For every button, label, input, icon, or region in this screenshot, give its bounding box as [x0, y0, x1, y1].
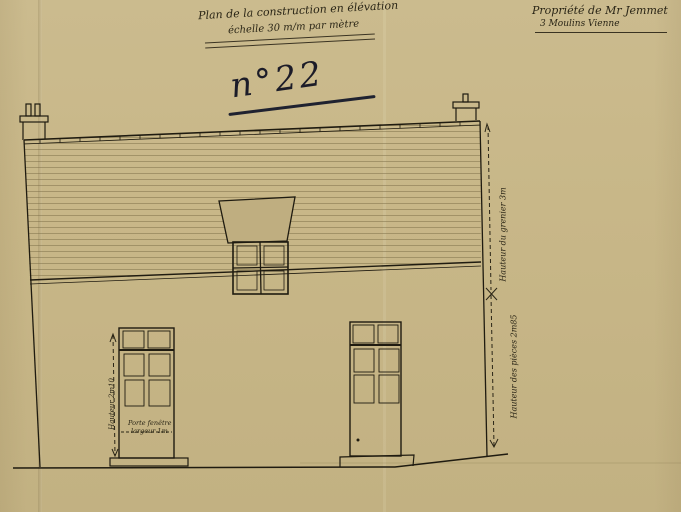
door-height-label: Hauteur 2m10 — [108, 378, 116, 430]
owner-name: Propriété de Mr Jemmet — [532, 4, 668, 17]
ground-line — [13, 454, 508, 468]
owner-address: 3 Moulins Vienne — [540, 19, 620, 29]
door-left — [110, 328, 188, 466]
house-elevation-drawing — [0, 0, 681, 512]
storey-height-label: Hauteur des pièces 2m85 — [510, 314, 519, 418]
door-width-label: largeur 1m — [131, 427, 168, 435]
attic-height-label: Hauteur du grenier 3m — [499, 187, 508, 281]
architectural-drawing-sheet: Plan de la construction en élévation éch… — [0, 0, 681, 512]
owner-underline — [535, 32, 667, 33]
door-right — [340, 322, 414, 467]
chimney-left — [20, 104, 48, 140]
chimney-right — [453, 94, 479, 121]
door-type-label: Porte fenêtre — [128, 419, 172, 427]
